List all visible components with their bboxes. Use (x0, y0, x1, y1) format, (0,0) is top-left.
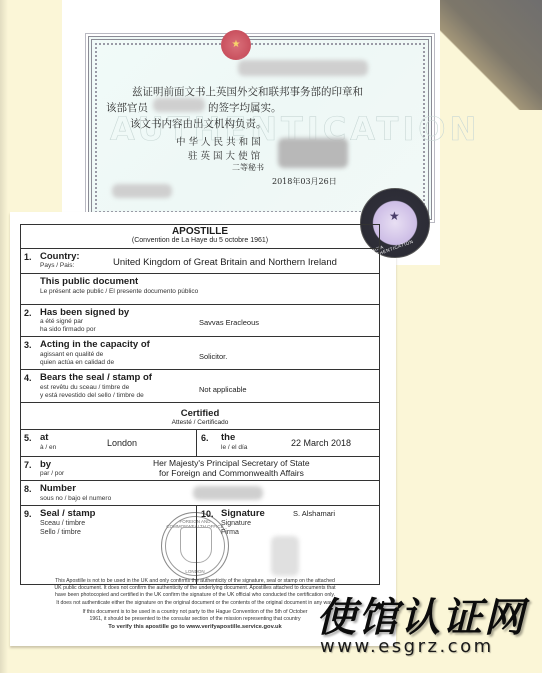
field-label: Seal / stamp (40, 508, 95, 519)
country-value: United Kingdom of Great Britain and Nort… (113, 257, 337, 268)
field-label: Acting in the capacity of (40, 339, 150, 350)
footer-line: It does not authenticate either the sign… (30, 600, 360, 607)
footer-line: This Apostille is not to be used in the … (30, 578, 360, 585)
field-label: Has been signed by (40, 307, 129, 318)
certificate-issuer-line2: 驻 英 国 大 使 馆 (188, 148, 260, 162)
row-certified: Certified Attesté / Certificado (21, 403, 379, 430)
row-number: 6. (201, 433, 209, 443)
column-divider (196, 506, 197, 584)
fco-seal: FOREIGN AND COMMONWEALTH OFFICE LONDON (161, 512, 229, 580)
row-number: 9. (24, 509, 32, 519)
certificate-body-line1: 兹证明前面文书上英国外交和联邦事务部的印章和 (132, 84, 363, 99)
apostille-subtitle: (Convention de La Haye du 5 octobre 1961… (21, 237, 379, 244)
row-capacity: 3. Acting in the capacity of agissant en… (21, 337, 379, 370)
apostille-table: APOSTILLE (Convention de La Haye du 5 oc… (20, 224, 380, 585)
signer-name: S. Alshamari (293, 509, 335, 518)
column-divider (196, 430, 197, 456)
verify-link[interactable]: To verify this apostille go to www.verif… (30, 624, 360, 631)
footer-line: have been photocopied and certified in t… (30, 592, 360, 599)
certificate-body-line2-suffix: 的签字均属实。 (208, 100, 282, 115)
redacted-signature (278, 138, 348, 168)
row-number: 10. (201, 509, 214, 519)
page-edge-shadow (0, 0, 8, 673)
row-place-date: 5. at à / en London 6. the le / el día 2… (21, 430, 379, 457)
row-by: 7. by par / por Her Majesty's Principal … (21, 457, 379, 481)
field-label: Signature (221, 508, 265, 519)
field-label: at (40, 432, 48, 443)
seal-of-value: Not applicable (199, 385, 247, 394)
footer-line: 1961, it should be presented to the cons… (30, 616, 360, 623)
field-sublabel: y está revestido del sello / timbre de (40, 392, 144, 400)
field-sublabel: a été signé par (40, 318, 83, 326)
field-label: the (221, 432, 235, 443)
field-sublabel: à / en (40, 444, 56, 452)
field-sublabel: Signature (221, 520, 251, 528)
field-sublabel: sous no / bajo el numero (40, 495, 111, 503)
row-signed-by: 2. Has been signed by a été signé par ha… (21, 305, 379, 337)
capacity-value: Solicitor. (199, 352, 227, 361)
field-sublabel: Sceau / timbre (40, 520, 85, 528)
site-logo: 使馆认证网 (316, 586, 526, 643)
row-number: 1. (24, 252, 32, 262)
redacted-number (193, 486, 263, 500)
site-url[interactable]: www.esgrz.com (320, 636, 494, 657)
field-label: Number (40, 483, 76, 494)
row-seal-of: 4. Bears the seal / stamp of est revêtu … (21, 370, 379, 403)
redacted-number (112, 184, 172, 198)
apostille-header: APOSTILLE (Convention de La Haye du 5 oc… (21, 225, 379, 249)
certified-label: Certified (21, 403, 379, 419)
row-public-document: This public document Le présent acte pub… (21, 274, 379, 305)
row-number: 2. (24, 308, 32, 318)
field-sublabel: quien actúa en calidad de (40, 359, 114, 367)
field-label: by (40, 459, 51, 470)
field-sublabel: Sello / timbre (40, 529, 81, 537)
row-number: 8. (24, 484, 32, 494)
field-label: Country: (40, 251, 80, 262)
apostille-footer: This Apostille is not to be used in the … (30, 578, 360, 631)
field-sublabel: ha sido firmado por (40, 326, 96, 334)
footer-line: If this document is to be used in a coun… (30, 609, 360, 616)
row-number: 7. (24, 460, 32, 470)
redacted-name (153, 98, 205, 112)
date-value: 22 March 2018 (291, 438, 351, 448)
row-number: 8. Number sous no / bajo el numero (21, 481, 379, 506)
apostille-title: APOSTILLE (21, 225, 379, 237)
field-sublabel: agissant en qualité de (40, 351, 103, 359)
certificate-body-line3: 该文书内容由出文机构负责。 (130, 116, 267, 131)
seal-caption-bottom: LONDON (162, 569, 228, 574)
redacted-signature (271, 536, 299, 576)
field-sublabel: Firma (221, 529, 239, 537)
field-sublabel: est revêtu du sceau / timbre de (40, 384, 129, 392)
footer-line: UK public document. It does not confirm … (30, 585, 360, 592)
field-label: This public document (40, 276, 138, 287)
national-emblem-icon: ★ (221, 30, 251, 60)
certificate-issuer-title: 二等秘书 (232, 162, 264, 173)
authority-line1: Her Majesty's Principal Secretary of Sta… (153, 458, 310, 468)
row-country: 1. Country: Pays / Pais: United Kingdom … (21, 249, 379, 274)
redacted-area (238, 60, 368, 76)
authority-line2: for Foreign and Commonwealth Affairs (159, 468, 304, 478)
certified-sublabel: Attesté / Certificado (21, 419, 379, 426)
row-number: 5. (24, 433, 32, 443)
certificate-issuer-line1: 中 华 人 民 共 和 国 (176, 134, 261, 148)
certificate-body-line2-prefix: 该部官员 (106, 100, 148, 115)
row-seal-signature: 9. Seal / stamp Sceau / timbre Sello / t… (21, 506, 379, 584)
certificate-date: 2018年03月26日 (272, 176, 337, 187)
signed-by-value: Savvas Eracleous (199, 318, 259, 327)
field-label: Bears the seal / stamp of (40, 372, 152, 383)
row-number: 3. (24, 340, 32, 350)
row-number: 4. (24, 373, 32, 383)
field-sublabel: le / el día (221, 444, 247, 452)
field-sublabel: par / por (40, 470, 64, 478)
corner-shadow (440, 0, 542, 110)
place-value: London (107, 438, 137, 448)
field-sublabel: Le présent acte public / El presente doc… (40, 288, 198, 296)
field-sublabel: Pays / Pais: (40, 262, 74, 270)
star-icon: ★ (389, 209, 400, 223)
